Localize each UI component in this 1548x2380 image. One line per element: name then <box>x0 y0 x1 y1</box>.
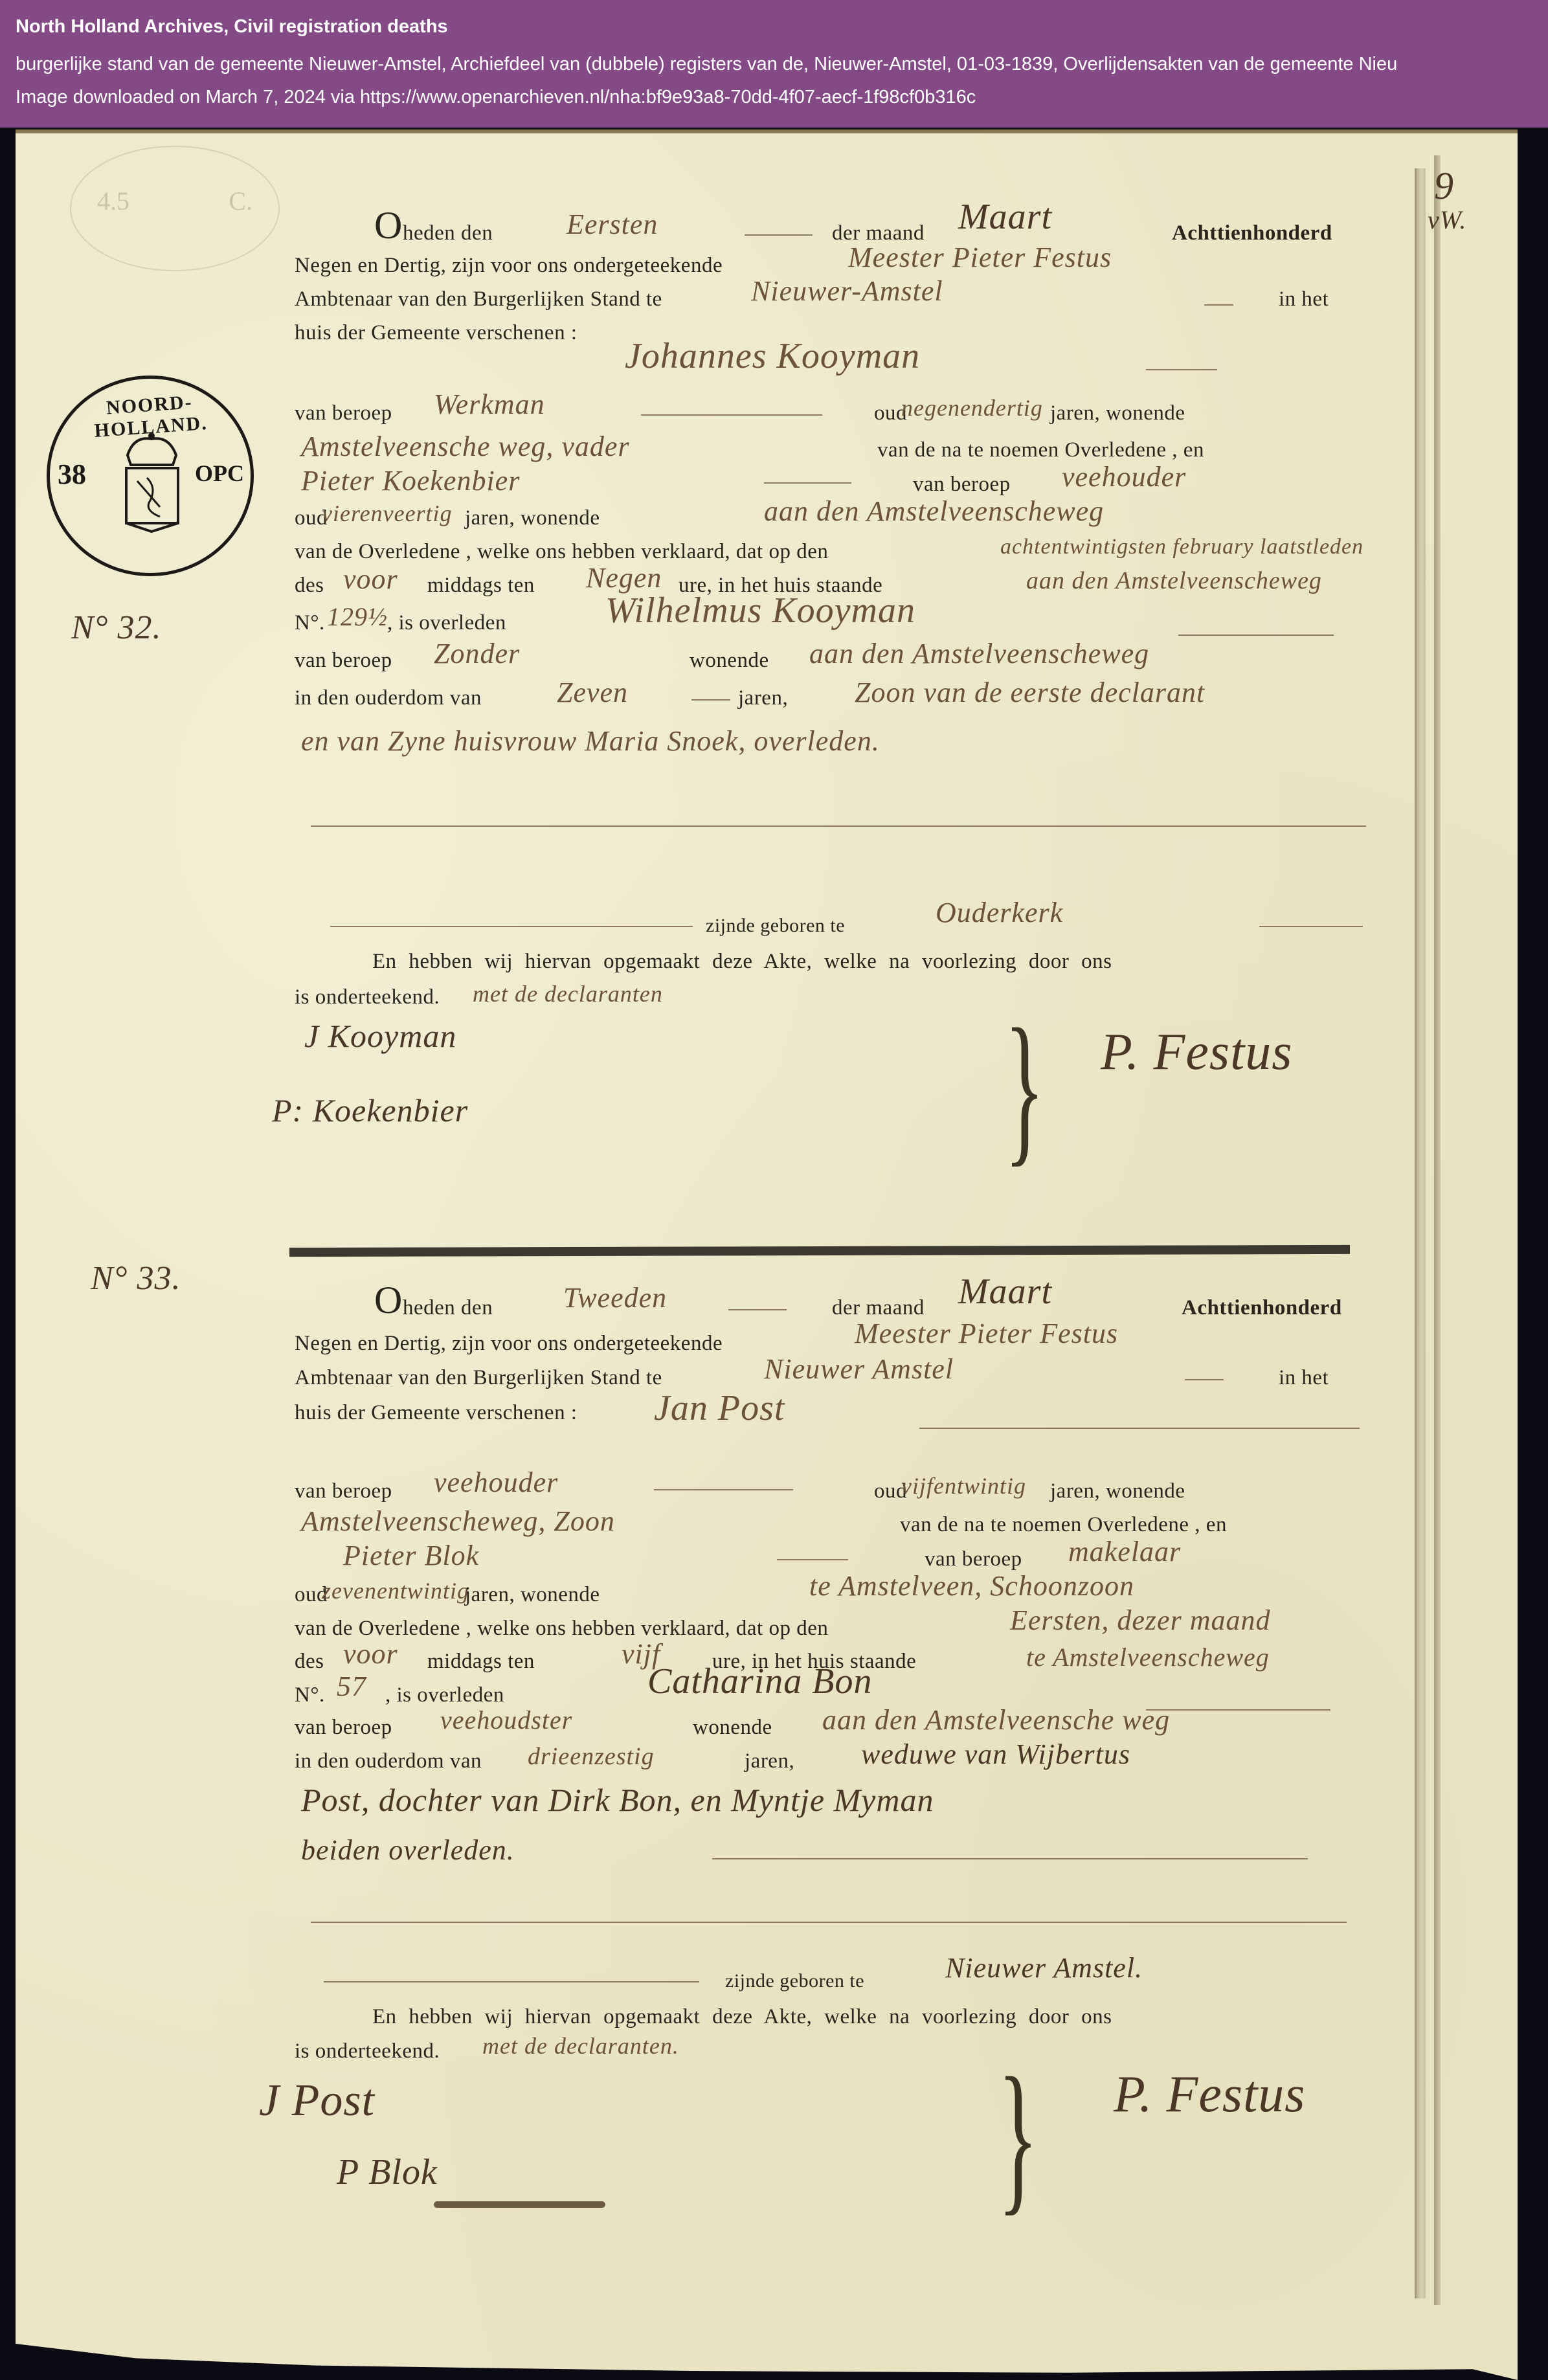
printed-text: jaren, wonende <box>465 505 600 531</box>
watermark-unit: C. <box>229 186 252 216</box>
noord-holland-tax-stamp: NOORD-HOLLAND. 38 OPC <box>47 376 254 576</box>
declarant-2-name: Pieter Blok <box>343 1540 479 1572</box>
printed-text: van de Overledene , welke ons hebben ver… <box>295 1615 828 1641</box>
printed-text: jaren, wonende <box>1050 400 1185 426</box>
watermark-value: 4.5 <box>97 186 129 216</box>
declarant-2-age: zevenentwintig <box>322 1575 469 1607</box>
fill-line <box>311 825 1366 827</box>
printed-text: Ambtenaar van den Burgerlijken Stand te <box>295 286 662 312</box>
fill-line <box>919 1428 1360 1429</box>
fill-line <box>1146 1709 1330 1711</box>
printed-text: in den ouderdom van <box>295 685 482 711</box>
printed-text: Achttienhonderd <box>1172 220 1332 246</box>
time-of-day: voor <box>343 1638 398 1670</box>
signature-declarant-2: P Blok <box>337 2156 438 2188</box>
printed-text: Achttienhonderd <box>1182 1295 1342 1321</box>
fill-line <box>1185 1379 1224 1380</box>
record-month: Maart <box>958 1275 1052 1308</box>
fill-line <box>311 1922 1347 1923</box>
declarant-1-age: negenendertig <box>901 392 1043 424</box>
printed-text: van beroep <box>295 647 392 673</box>
fill-line <box>777 1559 848 1560</box>
date-of-death: achtentwintigsten february laatstleden <box>1000 531 1363 563</box>
declarant-1-name: Jan Post <box>654 1392 785 1424</box>
record-month: Maart <box>958 201 1052 233</box>
declarant-2-address: aan den Amstelveenscheweg <box>764 495 1104 528</box>
crown-crest-icon <box>121 429 183 533</box>
municipality: Nieuwer Amstel <box>764 1353 954 1386</box>
time-of-day: voor <box>343 563 398 596</box>
printed-text: des <box>295 1648 324 1674</box>
relation-text: Zoon van de eerste declarant <box>855 677 1205 709</box>
declarant-2-name: Pieter Koekenbier <box>301 465 520 497</box>
printed-text: middags ten <box>427 572 535 598</box>
house-location: te Amstelveenscheweg <box>1026 1641 1270 1674</box>
printed-text: is onderteekend. <box>295 2038 440 2064</box>
printed-text: in het <box>1279 1365 1329 1391</box>
deceased-name: Wilhelmus Kooyman <box>605 594 915 627</box>
stamp-unit: OPC <box>195 460 244 487</box>
printed-text: zijnde geboren te <box>725 1968 864 1994</box>
printed-text: En hebben wij hiervan opgemaakt deze Akt… <box>372 949 1112 974</box>
fill-line <box>324 1981 699 1982</box>
signature-brace: } <box>998 2052 1038 2221</box>
hour-of-death: Negen <box>586 562 662 594</box>
printed-text: der maand <box>832 1295 925 1321</box>
declarant-2-address: te Amstelveen, Schoonzoon <box>809 1570 1134 1602</box>
printed-text: middags ten <box>427 1648 535 1674</box>
printed-text: zijnde geboren te <box>706 913 845 939</box>
fill-line <box>764 482 851 484</box>
civil-officer-name: Meester Pieter Festus <box>855 1318 1118 1350</box>
deceased-occupation: Zonder <box>434 638 520 670</box>
civil-officer-name: Meester Pieter Festus <box>848 241 1112 274</box>
fill-line <box>641 414 822 416</box>
date-of-death: Eersten, dezer maand <box>1010 1604 1271 1637</box>
page-edge-underlying <box>1434 155 1441 2305</box>
archive-title: North Holland Archives, Civil registrati… <box>16 16 448 38</box>
fill-line <box>691 699 730 701</box>
printed-text: van beroep <box>295 1714 392 1740</box>
declarant-2-occupation: makelaar <box>1068 1536 1181 1568</box>
declarant-1-occupation: veehouder <box>434 1466 558 1499</box>
signature-brace: } <box>1004 1004 1044 1172</box>
deceased-address: aan den Amstelveensche weg <box>822 1704 1170 1736</box>
fill-line <box>712 1858 1308 1859</box>
printed-text: N°. <box>295 610 325 636</box>
house-number: 57 <box>337 1670 366 1703</box>
declarant-1-occupation: Werkman <box>434 388 545 421</box>
printed-text: En hebben wij hiervan opgemaakt deze Akt… <box>372 2004 1112 2030</box>
declarant-1-age: vijfentwintig <box>901 1470 1026 1502</box>
fill-line <box>654 1489 793 1490</box>
house-number: 129½ <box>327 601 388 633</box>
printed-text: wonende <box>690 647 769 673</box>
printed-text: des <box>295 572 324 598</box>
declarant-1-address: Amstelveensche weg, vader <box>301 431 630 463</box>
relation-text: beiden overleden. <box>301 1834 515 1867</box>
printed-text: is onderteekend. <box>295 984 440 1010</box>
folio-mark: vW. <box>1428 204 1466 236</box>
entry-number: N° 33. <box>91 1263 181 1295</box>
fill-line <box>1178 634 1334 636</box>
printed-text: huis der Gemeente verschenen : <box>295 1400 578 1426</box>
embossed-stamp-watermark: 4.5 C. <box>70 146 280 271</box>
deceased-name: Catharina Bon <box>647 1665 872 1698</box>
printed-text: van beroep <box>913 471 1011 497</box>
printed-text: in het <box>1279 286 1329 312</box>
printed-text: van de Overledene , welke ons hebben ver… <box>295 539 828 565</box>
printed-text: jaren, wonende <box>1050 1478 1185 1504</box>
deceased-address: aan den Amstelveenscheweg <box>809 638 1149 670</box>
signature-underline <box>434 2201 605 2208</box>
printed-text: N°. <box>295 1682 325 1708</box>
drop-cap: O <box>374 206 403 245</box>
printed-text: heden den <box>403 1295 493 1321</box>
signature-declarant-2: P: Koekenbier <box>272 1094 468 1127</box>
printed-text: jaren, <box>738 685 788 711</box>
declarant-2-occupation: veehouder <box>1062 461 1186 493</box>
printed-text: in den ouderdom van <box>295 1748 482 1774</box>
stamp-value: 38 <box>58 458 86 491</box>
record-day: Eersten <box>566 208 658 241</box>
drop-cap: O <box>374 1281 403 1319</box>
house-location: aan den Amstelveenscheweg <box>1026 565 1322 597</box>
signed-with-note: met de declaranten. <box>482 2030 679 2062</box>
deceased-occupation: veehoudster <box>440 1704 572 1736</box>
signature-civil-officer: P. Festus <box>1114 2078 1305 2111</box>
printed-text: Ambtenaar van den Burgerlijken Stand te <box>295 1365 662 1391</box>
relation-text: weduwe van Wijbertus <box>861 1738 1130 1771</box>
printed-text: wonende <box>693 1714 772 1740</box>
fill-line <box>745 234 813 236</box>
printed-text: Negen en Dertig, zijn voor ons ondergete… <box>295 1330 723 1356</box>
printed-text: jaren, <box>745 1748 794 1774</box>
folio-number: 9 <box>1434 170 1454 202</box>
fill-line <box>330 926 693 927</box>
printed-text: Negen en Dertig, zijn voor ons ondergete… <box>295 253 723 278</box>
fill-line <box>1204 304 1233 306</box>
record-description: burgerlijke stand van de gemeente Nieuwe… <box>16 53 1397 75</box>
printed-text: van beroep <box>295 1478 392 1504</box>
fill-line <box>1146 369 1217 370</box>
printed-text: huis der Gemeente verschenen : <box>295 320 578 346</box>
deceased-age: drieenzestig <box>528 1740 655 1773</box>
deceased-age: Zeven <box>557 677 628 709</box>
printed-text: van beroep <box>925 1546 1022 1572</box>
fill-line <box>1259 926 1363 927</box>
printed-text: van de na te noemen Overledene , en <box>900 1512 1227 1538</box>
declarant-2-age: vierenveertig <box>322 497 453 530</box>
printed-text: jaren, wonende <box>465 1582 600 1608</box>
birthplace: Ouderkerk <box>936 897 1063 929</box>
relation-text: en van Zyne huisvrouw Maria Snoek, overl… <box>301 725 880 758</box>
fill-line <box>728 1309 787 1310</box>
archive-info-banner: North Holland Archives, Civil registrati… <box>0 0 1548 128</box>
printed-text: van beroep <box>295 400 392 426</box>
printed-text: , is overleden <box>387 610 506 636</box>
download-source: Image downloaded on March 7, 2024 via ht… <box>16 86 976 108</box>
record-day: Tweeden <box>563 1282 667 1314</box>
printed-text: van de na te noemen Overledene , en <box>877 437 1204 463</box>
relation-text: Post, dochter van Dirk Bon, en Myntje My… <box>301 1784 934 1816</box>
signature-declarant-1: J Kooyman <box>304 1020 456 1052</box>
municipality: Nieuwer-Amstel <box>751 275 943 308</box>
declarant-1-address: Amstelveenscheweg, Zoon <box>301 1505 615 1538</box>
page-edge <box>1415 168 1426 2298</box>
printed-text: heden den <box>403 220 493 246</box>
signature-civil-officer: P. Festus <box>1101 1036 1292 1068</box>
entry-number: N° 32. <box>71 612 161 644</box>
declarant-1-name: Johannes Kooyman <box>625 340 920 372</box>
signed-with-note: met de declaranten <box>473 978 663 1010</box>
signature-declarant-1: J Post <box>259 2085 375 2117</box>
birthplace: Nieuwer Amstel. <box>945 1952 1143 1984</box>
